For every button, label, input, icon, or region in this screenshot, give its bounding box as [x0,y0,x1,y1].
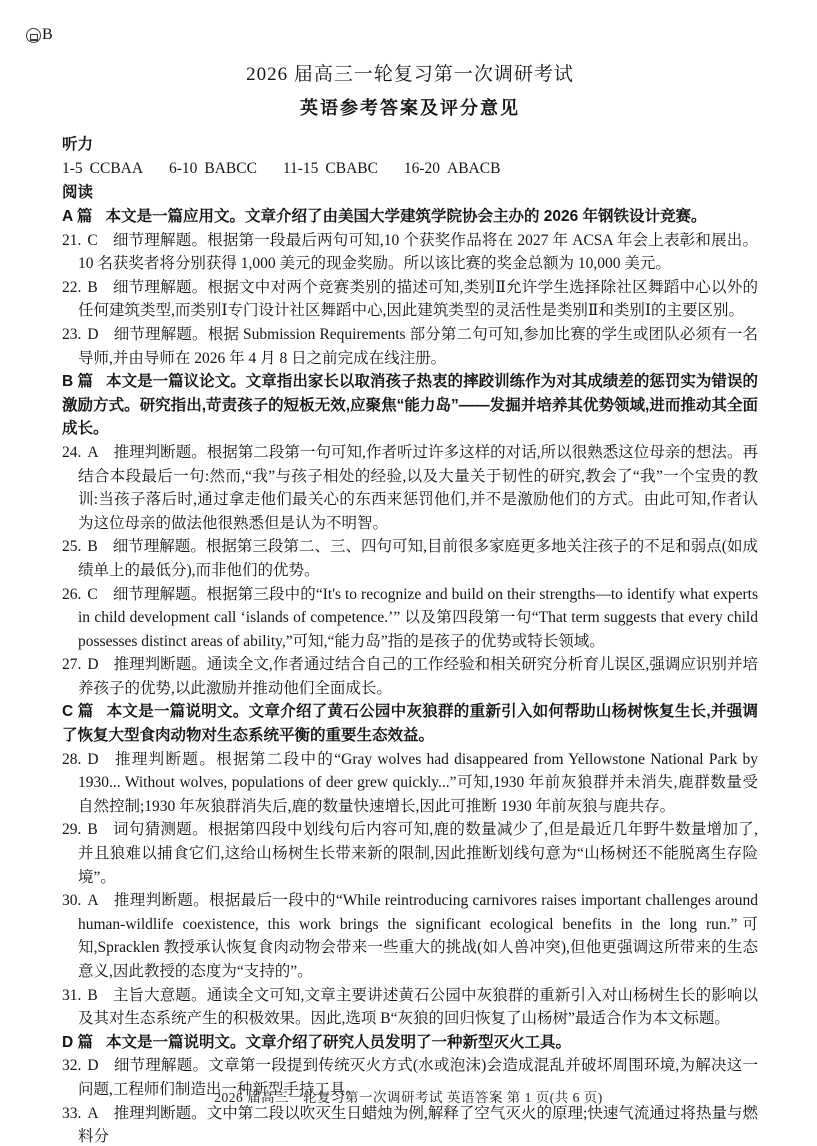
explanation-text: 推理判断题。根据最后一段中的“While reintroducing carni… [78,892,758,980]
explanation-text: 词句猜测题。根据第四段中划线句后内容可知,鹿的数量减少了,但是最近几年野牛数量增… [78,821,758,885]
passage-text: 本文是一篇应用文。文章介绍了由美国大学建筑学院协会主办的 2026 年钢铁设计竞… [105,208,706,225]
question-range: 16-20 [404,160,440,177]
answer-item-21: 21.C细节理解题。根据第一段最后两句可知,10 个获奖作品将在 2027 年 … [62,229,758,276]
exam-title: 2026 届高三一轮复习第一次调研考试 [62,62,758,88]
passage-label: C 篇 [62,703,94,720]
answer-letter: A [87,892,98,909]
answer-letters: CCBAA [90,160,143,177]
answer-letters: CBABC [325,160,378,177]
question-number: 25. [62,538,81,555]
answer-blocks: A 篇本文是一篇应用文。文章介绍了由美国大学建筑学院协会主办的 2026 年钢铁… [62,205,758,1146]
question-number: 30. [62,892,81,909]
answer-letter: C [87,232,97,249]
answer-item-31: 31.B主旨大意题。通读全文可知,文章主要讲述黄石公园中灰狼群的重新引入对山杨树… [62,984,758,1031]
passage-a-summary: A 篇本文是一篇应用文。文章介绍了由美国大学建筑学院协会主办的 2026 年钢铁… [62,205,758,229]
answer-item-33: 33.A推理判断题。文中第二段以吹灭生日蜡烛为例,解释了空气灭火的原理;快速气流… [62,1102,758,1146]
explanation-text: 细节理解题。根据 Submission Requirements 部分第二句可知… [78,326,758,367]
answer-item-30: 30.A推理判断题。根据最后一段中的“While reintroducing c… [62,889,758,983]
passage-label: D 篇 [62,1034,93,1051]
passage-label: B 篇 [62,373,93,390]
passage-text: 本文是一篇说明文。文章介绍了黄石公园中灰狼群的重新引入如何帮助山杨树恢复生长,并… [62,703,758,744]
listening-answers-line: 1-5CCBAA 6-10BABCC 11-15CBABC 16-20ABACB [62,157,758,181]
explanation-text: 推理判断题。通读全文,作者通过结合自己的工作经验和相关研究分析育儿误区,强调应识… [78,656,758,697]
answer-item-22: 22.B细节理解题。根据文中对两个竞赛类别的描述可知,类别Ⅱ允许学生选择除社区舞… [62,276,758,323]
explanation-text: 细节理解题。根据文中对两个竞赛类别的描述可知,类别Ⅱ允许学生选择除社区舞蹈中心以… [78,279,758,320]
passage-c-summary: C 篇本文是一篇说明文。文章介绍了黄石公园中灰狼群的重新引入如何帮助山杨树恢复生… [62,700,758,747]
answer-key-subtitle: 英语参考答案及评分意见 [62,95,758,121]
corner-logo: B [26,26,53,44]
question-number: 27. [62,656,81,673]
answer-letter: D [87,326,98,343]
passage-b-summary: B 篇本文是一篇议论文。文章指出家长以取消孩子热衷的摔跤训练作为对其成绩差的惩罚… [62,370,758,441]
answer-letter: B [87,821,97,838]
answer-letter: B [87,538,97,555]
explanation-text: 推理判断题。根据第二段中的“Gray wolves had disappeare… [78,751,758,815]
section-listening-label: 听力 [62,133,758,157]
question-range: 1-5 [62,160,83,177]
question-number: 28. [62,751,81,768]
question-number: 26. [62,586,81,603]
question-number: 33. [62,1105,81,1122]
answer-item-27: 27.D推理判断题。通读全文,作者通过结合自己的工作经验和相关研究分析育儿误区,… [62,653,758,700]
listening-answer-group: 16-20ABACB [404,160,501,177]
logo-letter: B [42,26,53,44]
answer-item-24: 24.A推理判断题。根据第二段第一句可知,作者听过许多这样的对话,所以很熟悉这位… [62,441,758,535]
answer-letter: D [87,1057,98,1074]
question-number: 31. [62,987,81,1004]
passage-text: 本文是一篇议论文。文章指出家长以取消孩子热衷的摔跤训练作为对其成绩差的惩罚实为错… [62,373,758,437]
question-number: 24. [62,444,81,461]
question-range: 6-10 [169,160,197,177]
question-number: 29. [62,821,81,838]
listening-answer-group: 6-10BABCC [169,160,257,177]
question-number: 21. [62,232,81,249]
passage-d-summary: D 篇本文是一篇说明文。文章介绍了研究人员发明了一种新型灭火工具。 [62,1031,758,1055]
answer-letter: C [87,586,97,603]
listening-answer-group: 11-15CBABC [283,160,378,177]
answer-letter: A [87,444,98,461]
passage-label: A 篇 [62,208,92,225]
answer-letters: BABCC [204,160,257,177]
section-reading-label: 阅读 [62,181,758,205]
answer-letter: B [87,987,97,1004]
listening-answer-group: 1-5CCBAA [62,160,143,177]
document-content: 2026 届高三一轮复习第一次调研考试 英语参考答案及评分意见 听力 1-5CC… [62,62,758,1146]
explanation-text: 推理判断题。文中第二段以吹灭生日蜡烛为例,解释了空气灭火的原理;快速气流通过将热… [78,1105,758,1146]
circle-stamp-icon [26,28,41,43]
explanation-text: 细节理解题。根据第三段第二、三、四句可知,目前很多家庭更多地关注孩子的不足和弱点… [78,538,758,579]
answer-letters: ABACB [447,160,500,177]
answer-item-26: 26.C细节理解题。根据第三段中的“It's to recognize and … [62,583,758,654]
answer-item-28: 28.D推理判断题。根据第二段中的“Gray wolves had disapp… [62,748,758,819]
question-number: 32. [62,1057,81,1074]
question-number: 22. [62,279,81,296]
answer-item-23: 23.D细节理解题。根据 Submission Requirements 部分第… [62,323,758,370]
answer-letter: B [87,279,97,296]
explanation-text: 推理判断题。根据第二段第一句可知,作者听过许多这样的对话,所以很熟悉这位母亲的想… [78,444,758,532]
page-footer: 2026 届高三一轮复习第一次调研考试 英语答案 第 1 页(共 6 页) [0,1086,817,1106]
answer-item-25: 25.B细节理解题。根据第三段第二、三、四句可知,目前很多家庭更多地关注孩子的不… [62,535,758,582]
question-number: 23. [62,326,81,343]
question-range: 11-15 [283,160,319,177]
answer-letter: D [87,656,98,673]
explanation-text: 主旨大意题。通读全文可知,文章主要讲述黄石公园中灰狼群的重新引入对山杨树生长的影… [78,987,758,1028]
stamp-glyph-icon [30,34,38,41]
answer-letter: D [87,751,98,768]
explanation-text: 细节理解题。根据第一段最后两句可知,10 个获奖作品将在 2027 年 ACSA… [78,232,758,273]
passage-text: 本文是一篇说明文。文章介绍了研究人员发明了一种新型灭火工具。 [106,1034,571,1051]
explanation-text: 细节理解题。根据第三段中的“It's to recognize and buil… [78,586,758,650]
answer-item-29: 29.B词句猜测题。根据第四段中划线句后内容可知,鹿的数量减少了,但是最近几年野… [62,818,758,889]
answer-sheet-page: B 2026 届高三一轮复习第一次调研考试 英语参考答案及评分意见 听力 1-5… [0,0,817,1146]
answer-letter: A [87,1105,98,1122]
